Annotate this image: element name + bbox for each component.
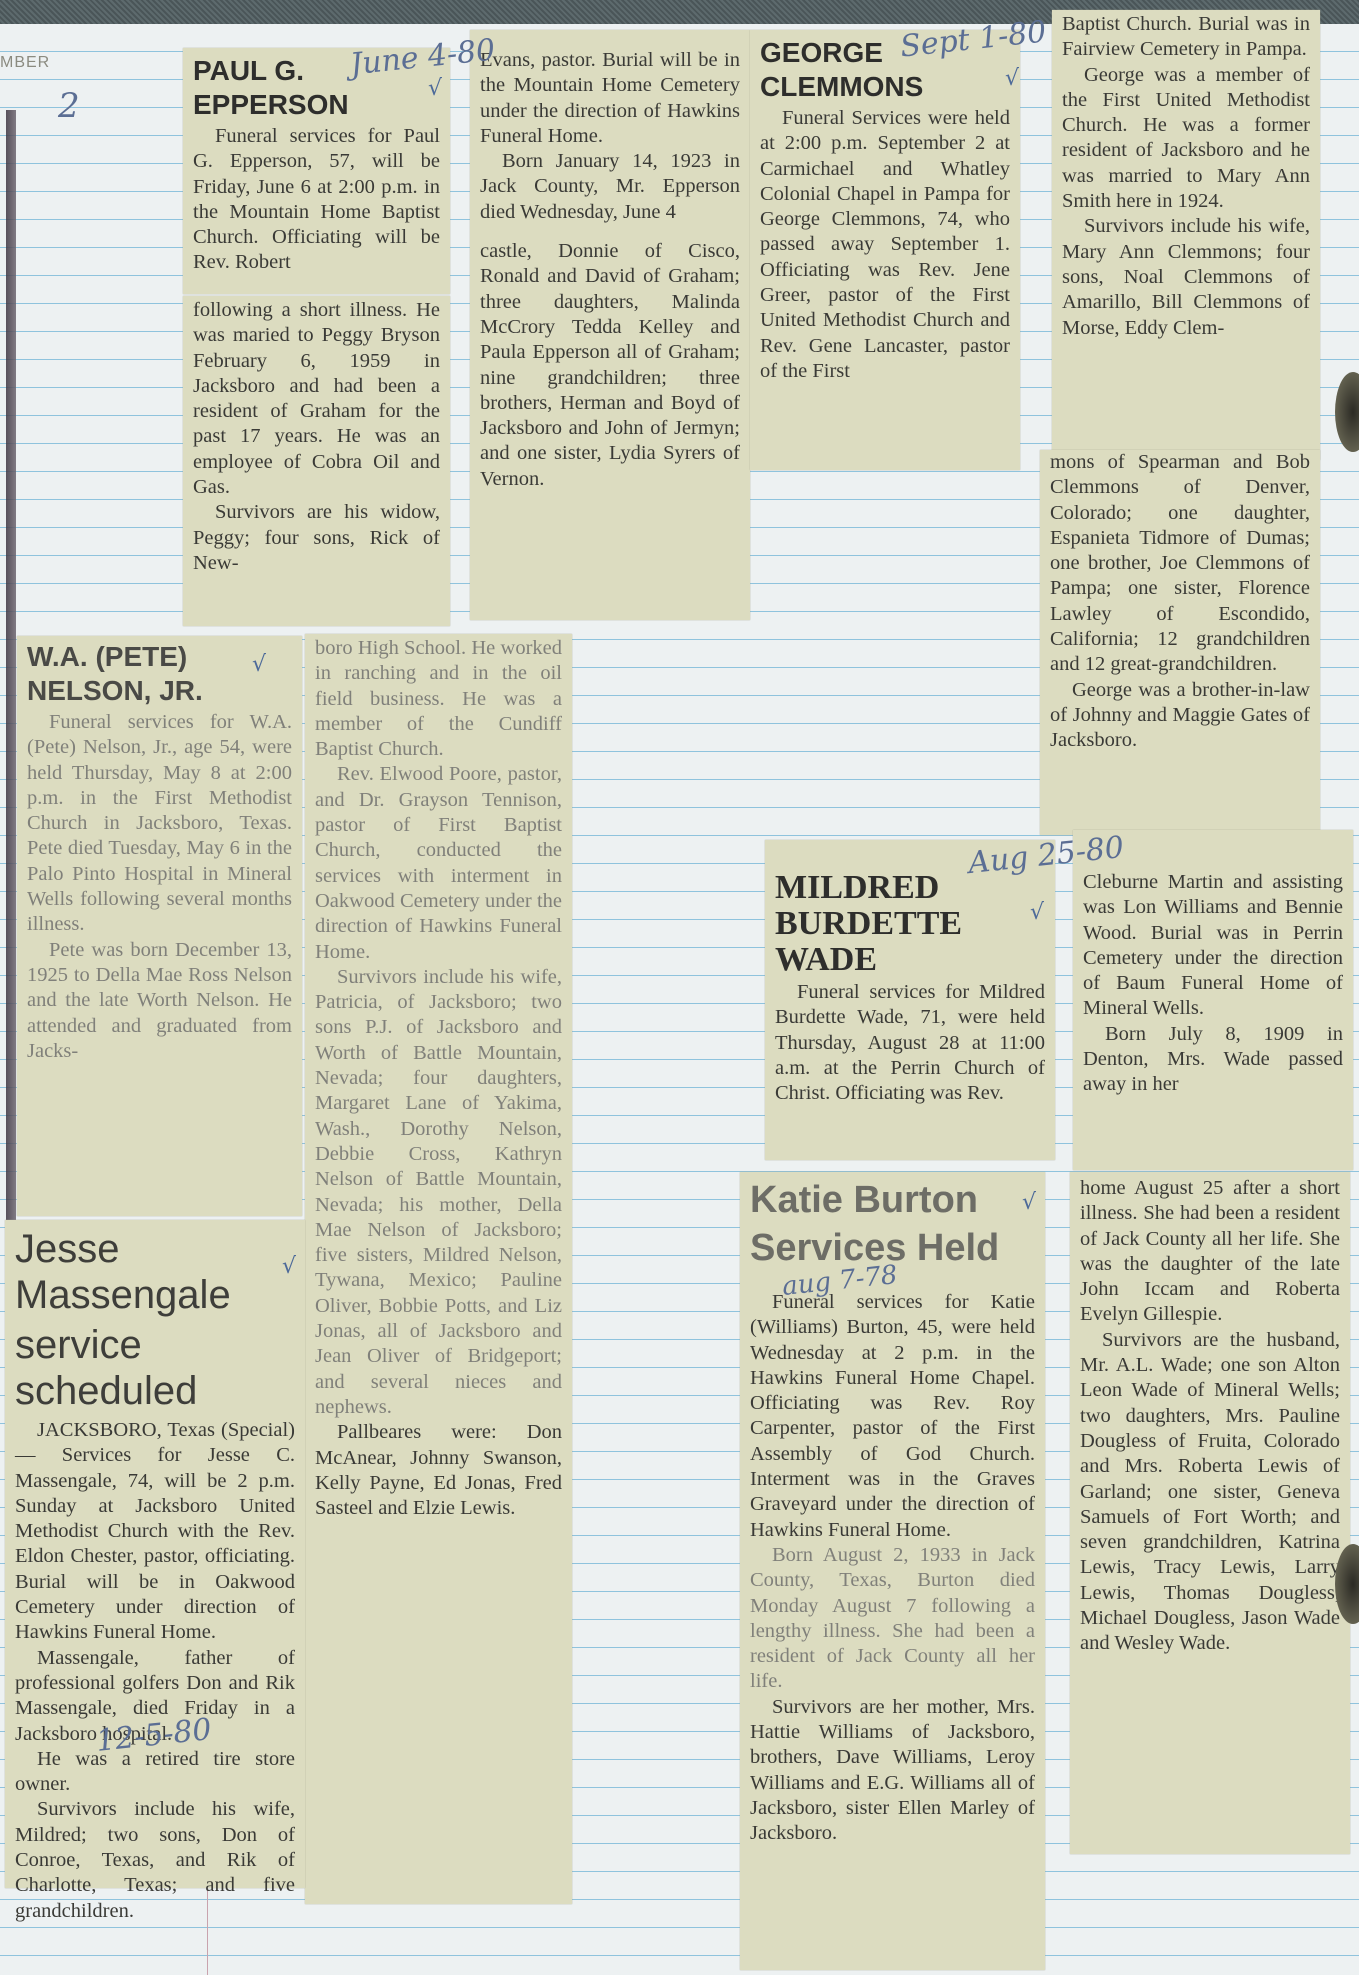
wade-para-2: Cleburne Martin and assisting was Lon Wi… — [1083, 870, 1343, 1022]
epperson-para-5: Born January 14, 1923 in Jack County, Mr… — [480, 149, 740, 225]
nelson-para-2: Pete was born December 13, 1925 to Della… — [27, 938, 292, 1064]
wade-para-3: Born July 8, 1909 in Denton, Mrs. Wade p… — [1083, 1022, 1343, 1098]
clemmons-para-1: Funeral Services were held at 2:00 p.m. … — [760, 106, 1010, 384]
clipping-nelson-2: boro High School. He worked in ranching … — [305, 634, 572, 1904]
headline-clemmons-2: CLEMMONS — [760, 72, 1010, 102]
nelson-para-1: Funeral services for W.A. (Pete) Nelson,… — [27, 710, 292, 938]
clemmons-para-6: George was a brother-in-law of Johnny an… — [1050, 678, 1310, 754]
headline-wade-3: WADE — [775, 944, 1045, 976]
check-mark-clemmons: √ — [1005, 66, 1019, 91]
epperson-para-3: Survivors are his widow, Peggy; four son… — [193, 500, 440, 576]
massengale-para-1: JACKSBORO, Texas (Special) — Services fo… — [15, 1418, 295, 1646]
check-mark-wade: √ — [1030, 900, 1044, 925]
epperson-para-1: Funeral services for Paul G. Epperson, 5… — [193, 124, 440, 276]
page-label-stub: MBER — [0, 54, 50, 72]
burton-para-2: Born August 2, 1933 in Jack County, Texa… — [750, 1543, 1035, 1695]
nelson-para-4: Rev. Elwood Poore, pastor, and Dr. Grays… — [315, 762, 562, 964]
clipping-wade-1: MILDRED BURDETTE WADE Funeral services f… — [765, 840, 1055, 1160]
clemmons-para-2: Baptist Church. Burial was in Fairview C… — [1062, 12, 1310, 63]
epperson-para-6: castle, Donnie of Cisco, Ronald and Davi… — [480, 239, 740, 492]
clipping-nelson-1: W.A. (PETE) NELSON, JR. Funeral services… — [17, 636, 302, 1216]
massengale-para-4: Survivors include his wife, Mildred; two… — [15, 1797, 295, 1923]
nelson-para-3: boro High School. He worked in ranching … — [315, 636, 562, 762]
burton-para-3: Survivors are her mother, Mrs. Hattie Wi… — [750, 1695, 1035, 1847]
clipping-epperson-2: following a short illness. He was maried… — [183, 296, 450, 626]
epperson-para-2: following a short illness. He was maried… — [193, 298, 440, 500]
check-mark-burton: √ — [1022, 1190, 1036, 1215]
clipping-epperson-3: Evans, pastor. Burial will be in the Mou… — [470, 30, 750, 620]
headline-massengale-1: Jesse Massengale — [15, 1226, 295, 1318]
nelson-para-6: Pallbeares were: Don McAnear, Johnny Swa… — [315, 1420, 562, 1521]
check-mark-massengale: √ — [282, 1254, 296, 1279]
wade-para-4: home August 25 after a short illness. Sh… — [1080, 1176, 1340, 1328]
wade-para-1: Funeral services for Mildred Burdette Wa… — [775, 980, 1045, 1106]
nelson-para-5: Survivors include his wife, Patricia, of… — [315, 965, 562, 1420]
headline-epperson-2: EPPERSON — [193, 90, 440, 120]
clipping-wade-2: Cleburne Martin and assisting was Lon Wi… — [1073, 830, 1353, 1170]
headline-nelson-2: NELSON, JR. — [27, 676, 292, 706]
check-mark-epperson: √ — [428, 76, 442, 101]
clipping-clemmons-3: mons of Spearman and Bob Clemmons of Den… — [1040, 450, 1320, 835]
clipping-massengale: Jesse Massengale service scheduled JACKS… — [5, 1220, 305, 1888]
burton-para-1: Funeral services for Katie (Williams) Bu… — [750, 1290, 1035, 1543]
epperson-para-4: Evans, pastor. Burial will be in the Mou… — [480, 48, 740, 149]
clemmons-para-4: Survivors include his wife, Mary Ann Cle… — [1062, 214, 1310, 340]
headline-burton-1: Katie Burton — [750, 1178, 1035, 1222]
massengale-para-3: He was a retired tire store owner. — [15, 1747, 295, 1798]
clemmons-para-5: mons of Spearman and Bob Clemmons of Den… — [1050, 450, 1310, 678]
clipping-clemmons-2: Baptist Church. Burial was in Fairview C… — [1052, 10, 1320, 460]
headline-massengale-2: service scheduled — [15, 1322, 295, 1414]
wade-para-5: Survivors are the husband, Mr. A.L. Wade… — [1080, 1328, 1340, 1657]
page-number-note: 2 — [58, 86, 80, 126]
clemmons-para-3: George was a member of the First United … — [1062, 63, 1310, 215]
check-mark-nelson: √ — [252, 652, 266, 677]
headline-wade-2: BURDETTE — [775, 908, 1045, 940]
clipping-epperson-1: PAUL G. EPPERSON Funeral services for Pa… — [183, 48, 450, 294]
clipping-wade-3: home August 25 after a short illness. Sh… — [1070, 1172, 1350, 1854]
clipping-clemmons-1: GEORGE CLEMMONS Funeral Services were he… — [750, 30, 1020, 470]
